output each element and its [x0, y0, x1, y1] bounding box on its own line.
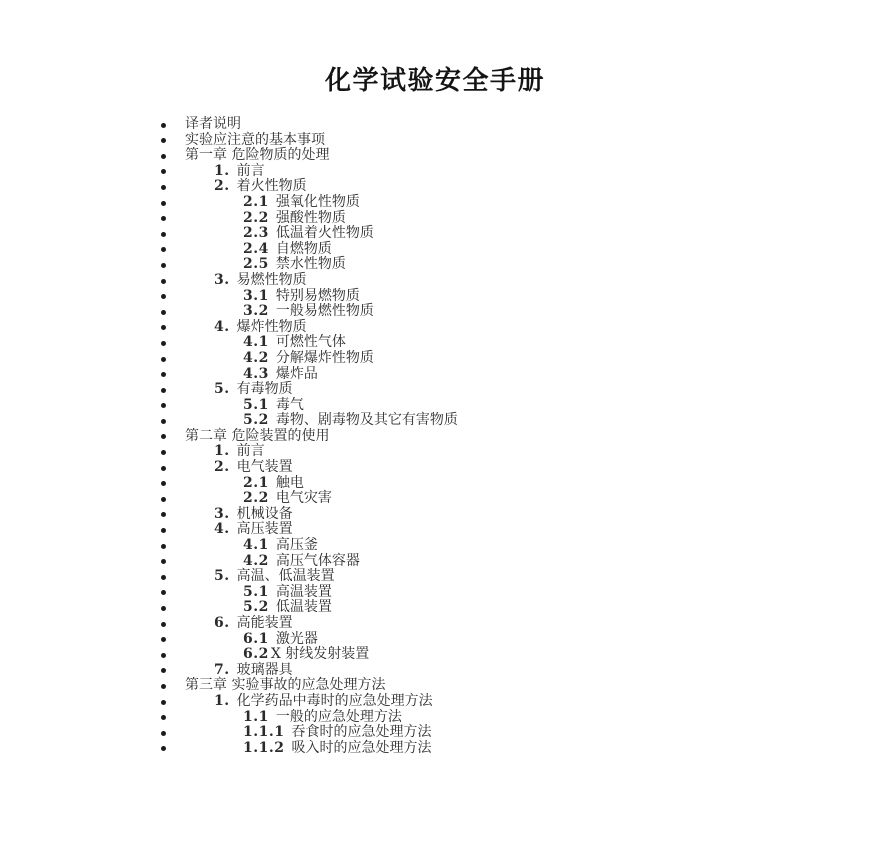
bullet-icon — [161, 637, 166, 642]
toc-list: 译者说明实验应注意的基本事项第一章 危险物质的处理1.前言2.着火性物质2.1强… — [0, 117, 870, 756]
item-number: 5.2 — [243, 599, 269, 615]
list-item-content: 4.高压装置 — [214, 522, 293, 538]
bullet-icon — [161, 419, 166, 424]
item-number: 2.1 — [243, 194, 269, 210]
bullet-icon — [161, 575, 166, 580]
list-item-content: 2.着火性物质 — [214, 179, 307, 195]
item-text: 实验应注意的基本事项 — [185, 132, 325, 148]
list-item: 2.电气装置 — [0, 460, 870, 476]
list-item-content: 2.2强酸性物质 — [243, 211, 346, 227]
list-item-content: 4.爆炸性物质 — [214, 320, 307, 336]
list-item-content: 2.4自燃物质 — [243, 242, 332, 258]
item-number: 4. — [214, 521, 230, 537]
list-item: 4.1高压釜 — [0, 538, 870, 554]
list-item-content: 第二章 危险装置的使用 — [185, 429, 329, 445]
item-text: 高压釜 — [276, 537, 318, 553]
bullet-icon — [161, 279, 166, 284]
item-number: 3. — [214, 272, 230, 288]
item-number: 2.4 — [243, 241, 269, 257]
list-item: 1.化学药品中毒时的应急处理方法 — [0, 694, 870, 710]
item-text: 前言 — [237, 163, 265, 179]
item-text: 电气灾害 — [276, 490, 332, 506]
bullet-icon — [161, 263, 166, 268]
item-number: 2.2 — [243, 490, 269, 506]
item-text: 高能装置 — [237, 615, 293, 631]
list-item-content: 6.2X 射线发射装置 — [243, 647, 369, 663]
item-text: 触电 — [276, 475, 304, 491]
list-item: 3.2一般易燃性物质 — [0, 304, 870, 320]
item-text: 强氧化性物质 — [276, 194, 360, 210]
item-number: 4.2 — [243, 553, 269, 569]
document-title: 化学试验安全手册 — [0, 64, 870, 98]
item-text: 毒物、剧毒物及其它有害物质 — [276, 412, 458, 428]
bullet-icon — [161, 388, 166, 393]
bullet-icon — [161, 201, 166, 206]
list-item: 6.2X 射线发射装置 — [0, 647, 870, 663]
list-item: 4.2分解爆炸性物质 — [0, 351, 870, 367]
list-item-content: 第三章 实验事故的应急处理方法 — [185, 678, 385, 694]
list-item: 1.前言 — [0, 164, 870, 180]
list-item-content: 5.2毒物、剧毒物及其它有害物质 — [243, 413, 458, 429]
list-item: 4.3爆炸品 — [0, 367, 870, 383]
item-text: 低温着火性物质 — [276, 225, 374, 241]
item-text: 机械设备 — [237, 506, 293, 522]
bullet-icon — [161, 169, 166, 174]
item-text: 高压装置 — [237, 521, 293, 537]
list-item: 1.前言 — [0, 444, 870, 460]
item-text: 强酸性物质 — [276, 210, 346, 226]
list-item: 译者说明 — [0, 117, 870, 133]
list-item: 1.1.2吸入时的应急处理方法 — [0, 741, 870, 757]
item-number: 1.1 — [243, 709, 269, 725]
item-number: 2.3 — [243, 225, 269, 241]
item-number: 1.1.2 — [243, 740, 284, 756]
list-item-content: 译者说明 — [185, 117, 241, 133]
item-number: 5.2 — [243, 412, 269, 428]
list-item: 3.易燃性物质 — [0, 273, 870, 289]
bullet-icon — [161, 653, 166, 658]
list-item: 实验应注意的基本事项 — [0, 133, 870, 149]
list-item: 7.玻璃器具 — [0, 663, 870, 679]
item-number: 4.2 — [243, 350, 269, 366]
bullet-icon — [161, 544, 166, 549]
item-number: 2.2 — [243, 210, 269, 226]
list-item-content: 第一章 危险物质的处理 — [185, 148, 329, 164]
list-item-content: 1.1.2吸入时的应急处理方法 — [243, 741, 431, 757]
item-text: 毒气 — [276, 397, 304, 413]
item-text: 有毒物质 — [237, 381, 293, 397]
list-item: 3.机械设备 — [0, 507, 870, 523]
list-item-content: 实验应注意的基本事项 — [185, 133, 325, 149]
bullet-icon — [161, 559, 166, 564]
bullet-icon — [161, 357, 166, 362]
list-item: 第一章 危险物质的处理 — [0, 148, 870, 164]
item-text: 着火性物质 — [237, 178, 307, 194]
item-text: 爆炸品 — [276, 366, 318, 382]
item-number: 1. — [214, 693, 230, 709]
item-number: 2. — [214, 178, 230, 194]
bullet-icon — [161, 715, 166, 720]
bullet-icon — [161, 481, 166, 486]
list-item-content: 4.2高压气体容器 — [243, 554, 360, 570]
bullet-icon — [161, 528, 166, 533]
list-item-content: 5.高温、低温装置 — [214, 569, 335, 585]
list-item: 5.2低温装置 — [0, 600, 870, 616]
item-text: 激光器 — [276, 631, 318, 647]
bullet-icon — [161, 684, 166, 689]
item-number: 4.1 — [243, 334, 269, 350]
list-item: 5.2毒物、剧毒物及其它有害物质 — [0, 413, 870, 429]
list-item: 2.1触电 — [0, 476, 870, 492]
item-number: 4.3 — [243, 366, 269, 382]
item-number: 5.1 — [243, 584, 269, 600]
list-item: 1.1一般的应急处理方法 — [0, 710, 870, 726]
bullet-icon — [161, 622, 166, 627]
list-item: 6.1激光器 — [0, 632, 870, 648]
item-text: 自燃物质 — [276, 241, 332, 257]
item-text: 特别易燃物质 — [276, 288, 360, 304]
list-item-content: 5.1毒气 — [243, 398, 304, 414]
item-text: 高温装置 — [276, 584, 332, 600]
bullet-icon — [161, 497, 166, 502]
item-number: 4. — [214, 319, 230, 335]
list-item: 5.1高温装置 — [0, 585, 870, 601]
bullet-icon — [161, 232, 166, 237]
list-item: 2.3低温着火性物质 — [0, 226, 870, 242]
item-text: 前言 — [237, 443, 265, 459]
list-item: 2.着火性物质 — [0, 179, 870, 195]
list-item-content: 2.1触电 — [243, 476, 304, 492]
bullet-icon — [161, 590, 166, 595]
list-item: 5.高温、低温装置 — [0, 569, 870, 585]
item-text: 易燃性物质 — [237, 272, 307, 288]
list-item-content: 2.1强氧化性物质 — [243, 195, 360, 211]
item-text: 第三章 实验事故的应急处理方法 — [185, 677, 385, 693]
item-number: 3. — [214, 506, 230, 522]
item-number: 5. — [214, 568, 230, 584]
item-text: 第二章 危险装置的使用 — [185, 428, 329, 444]
item-text: 禁水性物质 — [276, 256, 346, 272]
item-number: 3.2 — [243, 303, 269, 319]
item-number: 5. — [214, 381, 230, 397]
list-item-content: 3.易燃性物质 — [214, 273, 307, 289]
bullet-icon — [161, 185, 166, 190]
item-number: 6. — [214, 615, 230, 631]
item-number: 1.1.1 — [243, 724, 284, 740]
list-item: 第三章 实验事故的应急处理方法 — [0, 678, 870, 694]
list-item: 1.1.1吞食时的应急处理方法 — [0, 725, 870, 741]
list-item-content: 6.高能装置 — [214, 616, 293, 632]
item-number: 2.5 — [243, 256, 269, 272]
item-text: 一般易燃性物质 — [276, 303, 374, 319]
list-item-content: 2.电气装置 — [214, 460, 293, 476]
bullet-icon — [161, 247, 166, 252]
item-text: 可燃性气体 — [276, 334, 346, 350]
bullet-icon — [161, 731, 166, 736]
bullet-icon — [161, 403, 166, 408]
bullet-icon — [161, 512, 166, 517]
list-item-content: 4.1可燃性气体 — [243, 335, 346, 351]
bullet-icon — [161, 138, 166, 143]
item-text: X 射线发射装置 — [271, 646, 369, 662]
list-item-content: 4.2分解爆炸性物质 — [243, 351, 374, 367]
item-number: 6.2 — [243, 646, 269, 662]
item-text: 第一章 危险物质的处理 — [185, 147, 329, 163]
item-number: 2.1 — [243, 475, 269, 491]
item-number: 1. — [214, 443, 230, 459]
bullet-icon — [161, 372, 166, 377]
item-number: 4.1 — [243, 537, 269, 553]
bullet-icon — [161, 154, 166, 159]
bullet-icon — [161, 668, 166, 673]
bullet-icon — [161, 325, 166, 330]
bullet-icon — [161, 606, 166, 611]
list-item: 2.5禁水性物质 — [0, 257, 870, 273]
item-text: 分解爆炸性物质 — [276, 350, 374, 366]
item-number: 3.1 — [243, 288, 269, 304]
list-item-content: 5.有毒物质 — [214, 382, 293, 398]
list-item: 5.1毒气 — [0, 398, 870, 414]
list-item: 2.2电气灾害 — [0, 491, 870, 507]
item-text: 高温、低温装置 — [237, 568, 335, 584]
item-text: 吸入时的应急处理方法 — [291, 740, 431, 756]
list-item: 4.1可燃性气体 — [0, 335, 870, 351]
bullet-icon — [161, 123, 166, 128]
item-text: 吞食时的应急处理方法 — [291, 724, 431, 740]
bullet-icon — [161, 216, 166, 221]
list-item: 4.爆炸性物质 — [0, 320, 870, 336]
item-text: 化学药品中毒时的应急处理方法 — [237, 693, 433, 709]
list-item: 2.4自燃物质 — [0, 242, 870, 258]
list-item-content: 5.2低温装置 — [243, 600, 332, 616]
list-item-content: 4.3爆炸品 — [243, 367, 318, 383]
list-item: 6.高能装置 — [0, 616, 870, 632]
bullet-icon — [161, 746, 166, 751]
bullet-icon — [161, 700, 166, 705]
item-text: 电气装置 — [237, 459, 293, 475]
item-text: 一般的应急处理方法 — [276, 709, 402, 725]
list-item-content: 6.1激光器 — [243, 632, 318, 648]
item-text: 低温装置 — [276, 599, 332, 615]
bullet-icon — [161, 294, 166, 299]
list-item: 第二章 危险装置的使用 — [0, 429, 870, 445]
list-item: 4.高压装置 — [0, 522, 870, 538]
list-item: 2.1强氧化性物质 — [0, 195, 870, 211]
bullet-icon — [161, 310, 166, 315]
bullet-icon — [161, 450, 166, 455]
list-item-content: 4.1高压釜 — [243, 538, 318, 554]
list-item-content: 3.1特别易燃物质 — [243, 289, 360, 305]
list-item-content: 2.5禁水性物质 — [243, 257, 346, 273]
list-item-content: 3.2一般易燃性物质 — [243, 304, 374, 320]
item-number: 2. — [214, 459, 230, 475]
list-item-content: 1.前言 — [214, 444, 265, 460]
list-item: 5.有毒物质 — [0, 382, 870, 398]
bullet-icon — [161, 434, 166, 439]
item-number: 5.1 — [243, 397, 269, 413]
item-text: 玻璃器具 — [237, 662, 293, 678]
list-item-content: 2.3低温着火性物质 — [243, 226, 374, 242]
bullet-icon — [161, 341, 166, 346]
list-item: 4.2高压气体容器 — [0, 554, 870, 570]
item-number: 6.1 — [243, 631, 269, 647]
item-text: 高压气体容器 — [276, 553, 360, 569]
document-page: 化学试验安全手册 译者说明实验应注意的基本事项第一章 危险物质的处理1.前言2.… — [0, 0, 870, 842]
list-item-content: 1.1一般的应急处理方法 — [243, 710, 402, 726]
list-item: 3.1特别易燃物质 — [0, 289, 870, 305]
item-number: 7. — [214, 662, 230, 678]
list-item-content: 1.化学药品中毒时的应急处理方法 — [214, 694, 433, 710]
item-text: 译者说明 — [185, 116, 241, 132]
item-number: 1. — [214, 163, 230, 179]
list-item-content: 2.2电气灾害 — [243, 491, 332, 507]
list-item: 2.2强酸性物质 — [0, 211, 870, 227]
item-text: 爆炸性物质 — [237, 319, 307, 335]
bullet-icon — [161, 466, 166, 471]
list-item-content: 1.1.1吞食时的应急处理方法 — [243, 725, 431, 741]
